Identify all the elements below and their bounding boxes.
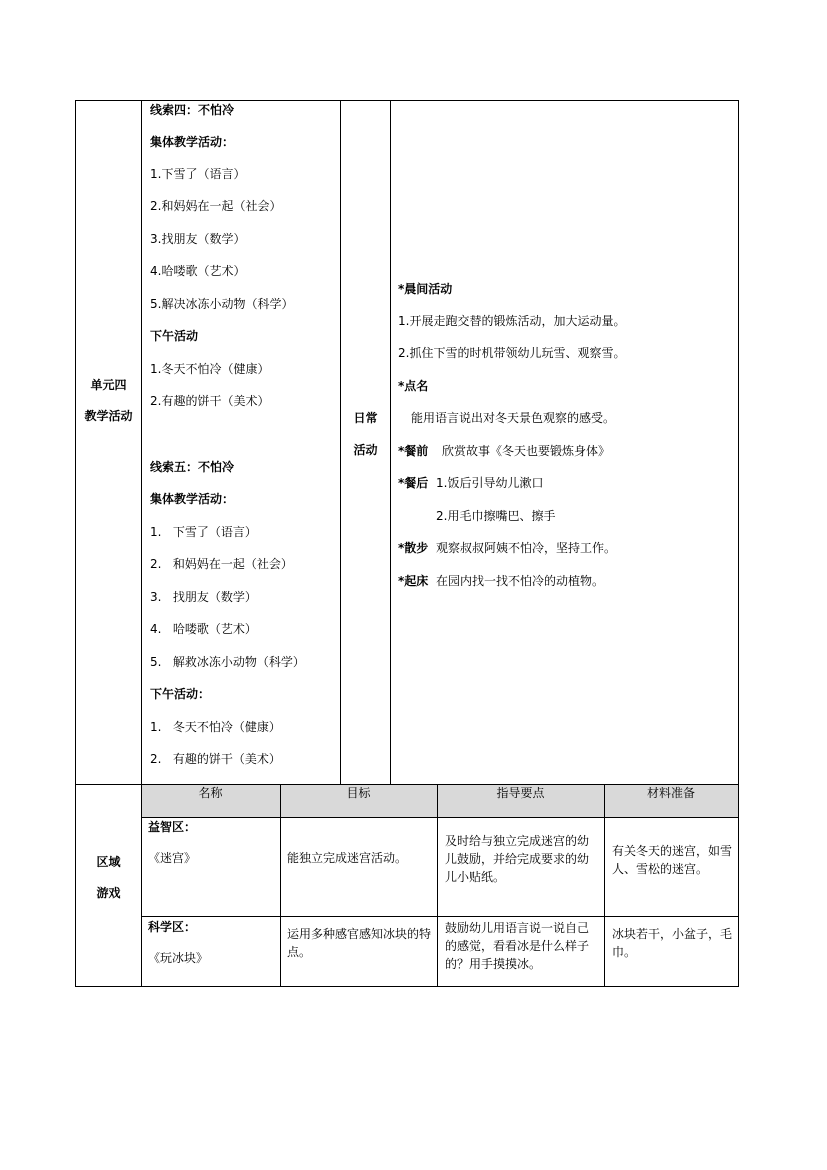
clue5-group-item: 3. 找朋友（数学） bbox=[150, 590, 257, 604]
area-header-name: 名称 bbox=[141, 786, 280, 800]
morning-title: *晨间活动 bbox=[398, 282, 452, 296]
clue4-afternoon-title: 下午活动 bbox=[150, 329, 198, 343]
morning-item: 1.开展走跑交替的锻炼活动，加大运动量。 bbox=[398, 314, 625, 328]
area-header-materials: 材料准备 bbox=[604, 786, 738, 800]
area-col-divider-2 bbox=[437, 784, 438, 986]
rollcall-text: 能用语言说出对冬天景色观察的感受。 bbox=[411, 411, 615, 425]
clue5-group-item: 1. 下雪了（语言） bbox=[150, 525, 257, 539]
clue4-group-item: 3.找朋友（数学） bbox=[150, 232, 245, 246]
area-row2-guidance: 鼓励幼儿用语言说一说自己的感觉，看看冰是什么样子的？用手摸摸冰。 bbox=[445, 919, 597, 973]
wakeup-text: 在园内找一找不怕冷的动植物。 bbox=[436, 574, 604, 588]
daily-label-line1: 日常 bbox=[341, 411, 390, 425]
area-row1-name: 《迷宫》 bbox=[148, 851, 196, 865]
table-border-right bbox=[738, 100, 739, 987]
clue5-title: 线索五：不怕冷 bbox=[150, 460, 234, 474]
after-meal-item: 2.用毛巾擦嘴巴、擦手 bbox=[436, 509, 555, 523]
after-meal-item: 1.饭后引导幼儿漱口 bbox=[436, 476, 543, 490]
area-col-divider-3 bbox=[604, 784, 605, 986]
area-row2-goal: 运用多种感官感知冰块的特点。 bbox=[287, 925, 433, 961]
clue5-afternoon-item: 1. 冬天不怕冷（健康） bbox=[150, 720, 281, 734]
col2-divider bbox=[340, 100, 341, 784]
clue4-group-item: 1.下雪了（语言） bbox=[150, 167, 245, 181]
clue5-group-item: 4. 哈喽歌（艺术） bbox=[150, 622, 257, 636]
area-label-line1: 区域 bbox=[76, 855, 141, 869]
after-meal-title: *餐后 bbox=[398, 476, 428, 490]
area-header-guidance: 指导要点 bbox=[437, 786, 604, 800]
walk-title: *散步 bbox=[398, 541, 428, 555]
area-header-goal: 目标 bbox=[280, 786, 437, 800]
before-meal-title: *餐前 bbox=[398, 444, 428, 458]
clue4-afternoon-item: 1.冬天不怕冷（健康） bbox=[150, 362, 269, 376]
table-border-left bbox=[75, 100, 76, 987]
clue4-group-item: 2.和妈妈在一起（社会） bbox=[150, 199, 281, 213]
area-header-divider bbox=[141, 817, 738, 818]
area-row2-name: 《玩冰块》 bbox=[148, 951, 208, 965]
rollcall-title: *点名 bbox=[398, 379, 428, 393]
col1-divider bbox=[141, 100, 142, 987]
morning-item: 2.抓住下雪的时机带领幼儿玩雪、观察雪。 bbox=[398, 346, 625, 360]
unit-label-line1: 单元四 bbox=[76, 378, 141, 392]
clue5-group-item: 2. 和妈妈在一起（社会） bbox=[150, 557, 293, 571]
clue5-group-title: 集体教学活动： bbox=[150, 492, 234, 506]
clue5-afternoon-title: 下午活动： bbox=[150, 687, 210, 701]
before-meal-text: 欣赏故事《冬天也要锻炼身体》 bbox=[442, 444, 610, 458]
area-label-line2: 游戏 bbox=[76, 886, 141, 900]
area-col-divider-1 bbox=[280, 784, 281, 986]
table-border-top bbox=[75, 100, 739, 101]
clue4-group-item: 5.解决冰冻小动物（科学） bbox=[150, 297, 293, 311]
wakeup-title: *起床 bbox=[398, 574, 428, 588]
area-row2-materials: 冰块若干，小盆子，毛巾。 bbox=[612, 925, 734, 961]
area-row1-materials: 有关冬天的迷宫，如雪人、雪松的迷宫。 bbox=[612, 842, 734, 878]
clue4-group-item: 4.哈喽歌（艺术） bbox=[150, 264, 245, 278]
area-row1-goal: 能独立完成迷宫活动。 bbox=[287, 851, 407, 865]
clue4-title: 线索四：不怕冷 bbox=[150, 103, 234, 117]
col3-divider bbox=[390, 100, 391, 784]
clue4-afternoon-item: 2.有趣的饼干（美术） bbox=[150, 394, 269, 408]
clue5-afternoon-item: 2. 有趣的饼干（美术） bbox=[150, 752, 281, 766]
clue5-group-item: 5. 解救冰冻小动物（科学） bbox=[150, 655, 305, 669]
section-divider bbox=[75, 784, 739, 785]
area-row-divider bbox=[141, 916, 738, 917]
area-row1-zone: 益智区： bbox=[148, 820, 196, 834]
table-border-bottom bbox=[75, 986, 739, 987]
area-row2-zone: 科学区： bbox=[148, 920, 196, 934]
unit-label-line2: 教学活动 bbox=[76, 409, 141, 423]
area-row1-guidance: 及时给与独立完成迷宫的幼儿鼓励，并给完成要求的幼儿小贴纸。 bbox=[445, 832, 597, 886]
clue4-group-title: 集体教学活动： bbox=[150, 135, 234, 149]
daily-label-line2: 活动 bbox=[341, 443, 390, 457]
walk-text: 观察叔叔阿姨不怕冷，坚持工作。 bbox=[436, 541, 616, 555]
